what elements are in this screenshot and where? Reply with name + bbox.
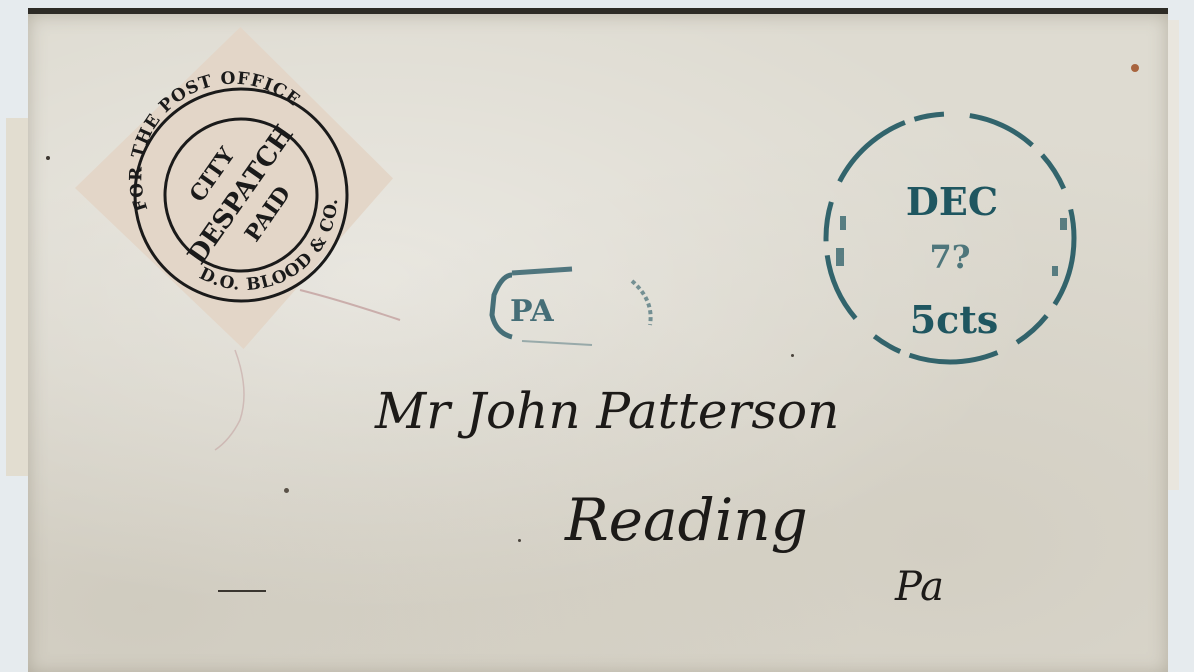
ink-dash bbox=[218, 590, 266, 592]
address-state: Pa bbox=[894, 564, 944, 610]
manuscript-address: Mr John Patterson Reading Pa bbox=[0, 0, 1194, 672]
addressee-name: Mr John Patterson bbox=[374, 382, 839, 440]
address-city: Reading bbox=[564, 486, 808, 554]
